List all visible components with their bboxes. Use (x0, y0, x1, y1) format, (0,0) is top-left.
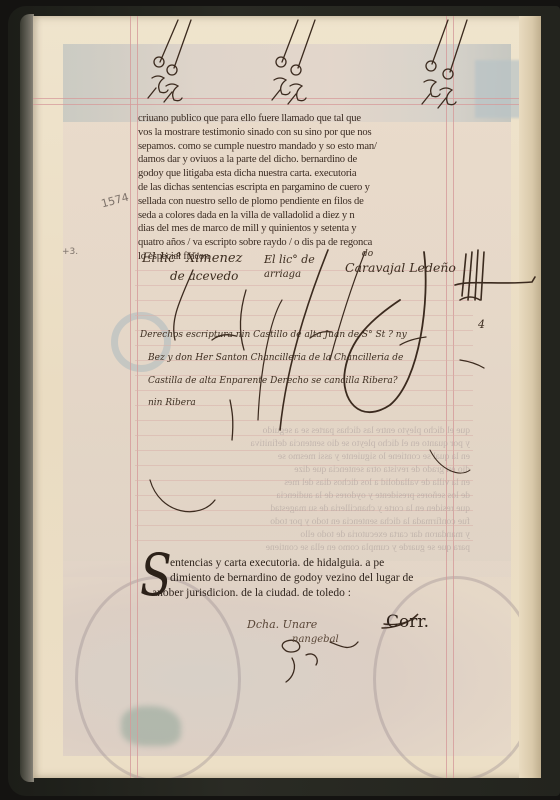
text-line: vos la mostrare testimonio sinado con su… (138, 126, 478, 140)
text-line: sepamos. como se cumple nuestro mandado … (138, 140, 478, 154)
title-line-2: dimiento de bernardino de godoy vezino d… (148, 571, 488, 586)
text-line: dias del mes de marco de mill y quinient… (138, 222, 478, 236)
text-line: godoy que litigaba esta dicha nuestra ca… (138, 167, 478, 181)
registry-line-1: Derechos escriptura nin Castillo de alta… (140, 330, 407, 340)
title-block: entencias y carta executoria. de hidalgu… (148, 556, 488, 601)
text-line: quatro años / va escripto sobre raydo / … (138, 236, 478, 250)
text-line: seda a colores dada en la villa de valla… (138, 209, 478, 223)
folio-mark: +3. (62, 247, 78, 257)
signature-ximenez-sub: de acevedo (170, 269, 238, 283)
closing-note-sub: nangebal (292, 634, 339, 645)
top-flourish-1-icon (148, 20, 191, 102)
registry-line-2: Bez y don Her Santon Chancilleria de la … (148, 353, 403, 363)
text-line: sellada con nuestro sello de plomo pendi… (138, 195, 478, 209)
signature-caravajal: Caravajal Ledeño (345, 260, 456, 275)
title-line-3: anober jurisdicion. de la ciudad. de tol… (148, 586, 488, 601)
signature-licenciado-sub: arriaga (264, 269, 301, 280)
signature-licenciado: El lic° de (264, 253, 315, 266)
printed-text-block: criuano publico que para ello fuere llam… (138, 112, 478, 264)
title-line-1: entencias y carta executoria. de hidalgu… (148, 556, 488, 571)
registry-line-3: Castilla de alta Enparente Derecho se ca… (148, 376, 398, 386)
text-line: damos dar y oviuos a la parte del dicho.… (138, 153, 478, 167)
closing-note: Dcha. Unare (247, 618, 317, 631)
registry-mark: 4 (478, 318, 485, 331)
top-flourish-3-icon (422, 20, 467, 108)
signature-ximenez: El lic° Ximenez (142, 251, 242, 266)
text-line: criuano publico que para ello fuere llam… (138, 112, 478, 126)
correction-mark: Corr. (386, 612, 429, 632)
registry-line-4: nin Ribera (148, 398, 196, 408)
top-flourish-2-icon (272, 20, 315, 104)
text-line: de las dichas sentencias escripta en par… (138, 181, 478, 195)
signature-caravajal-prefix: do (362, 249, 373, 259)
